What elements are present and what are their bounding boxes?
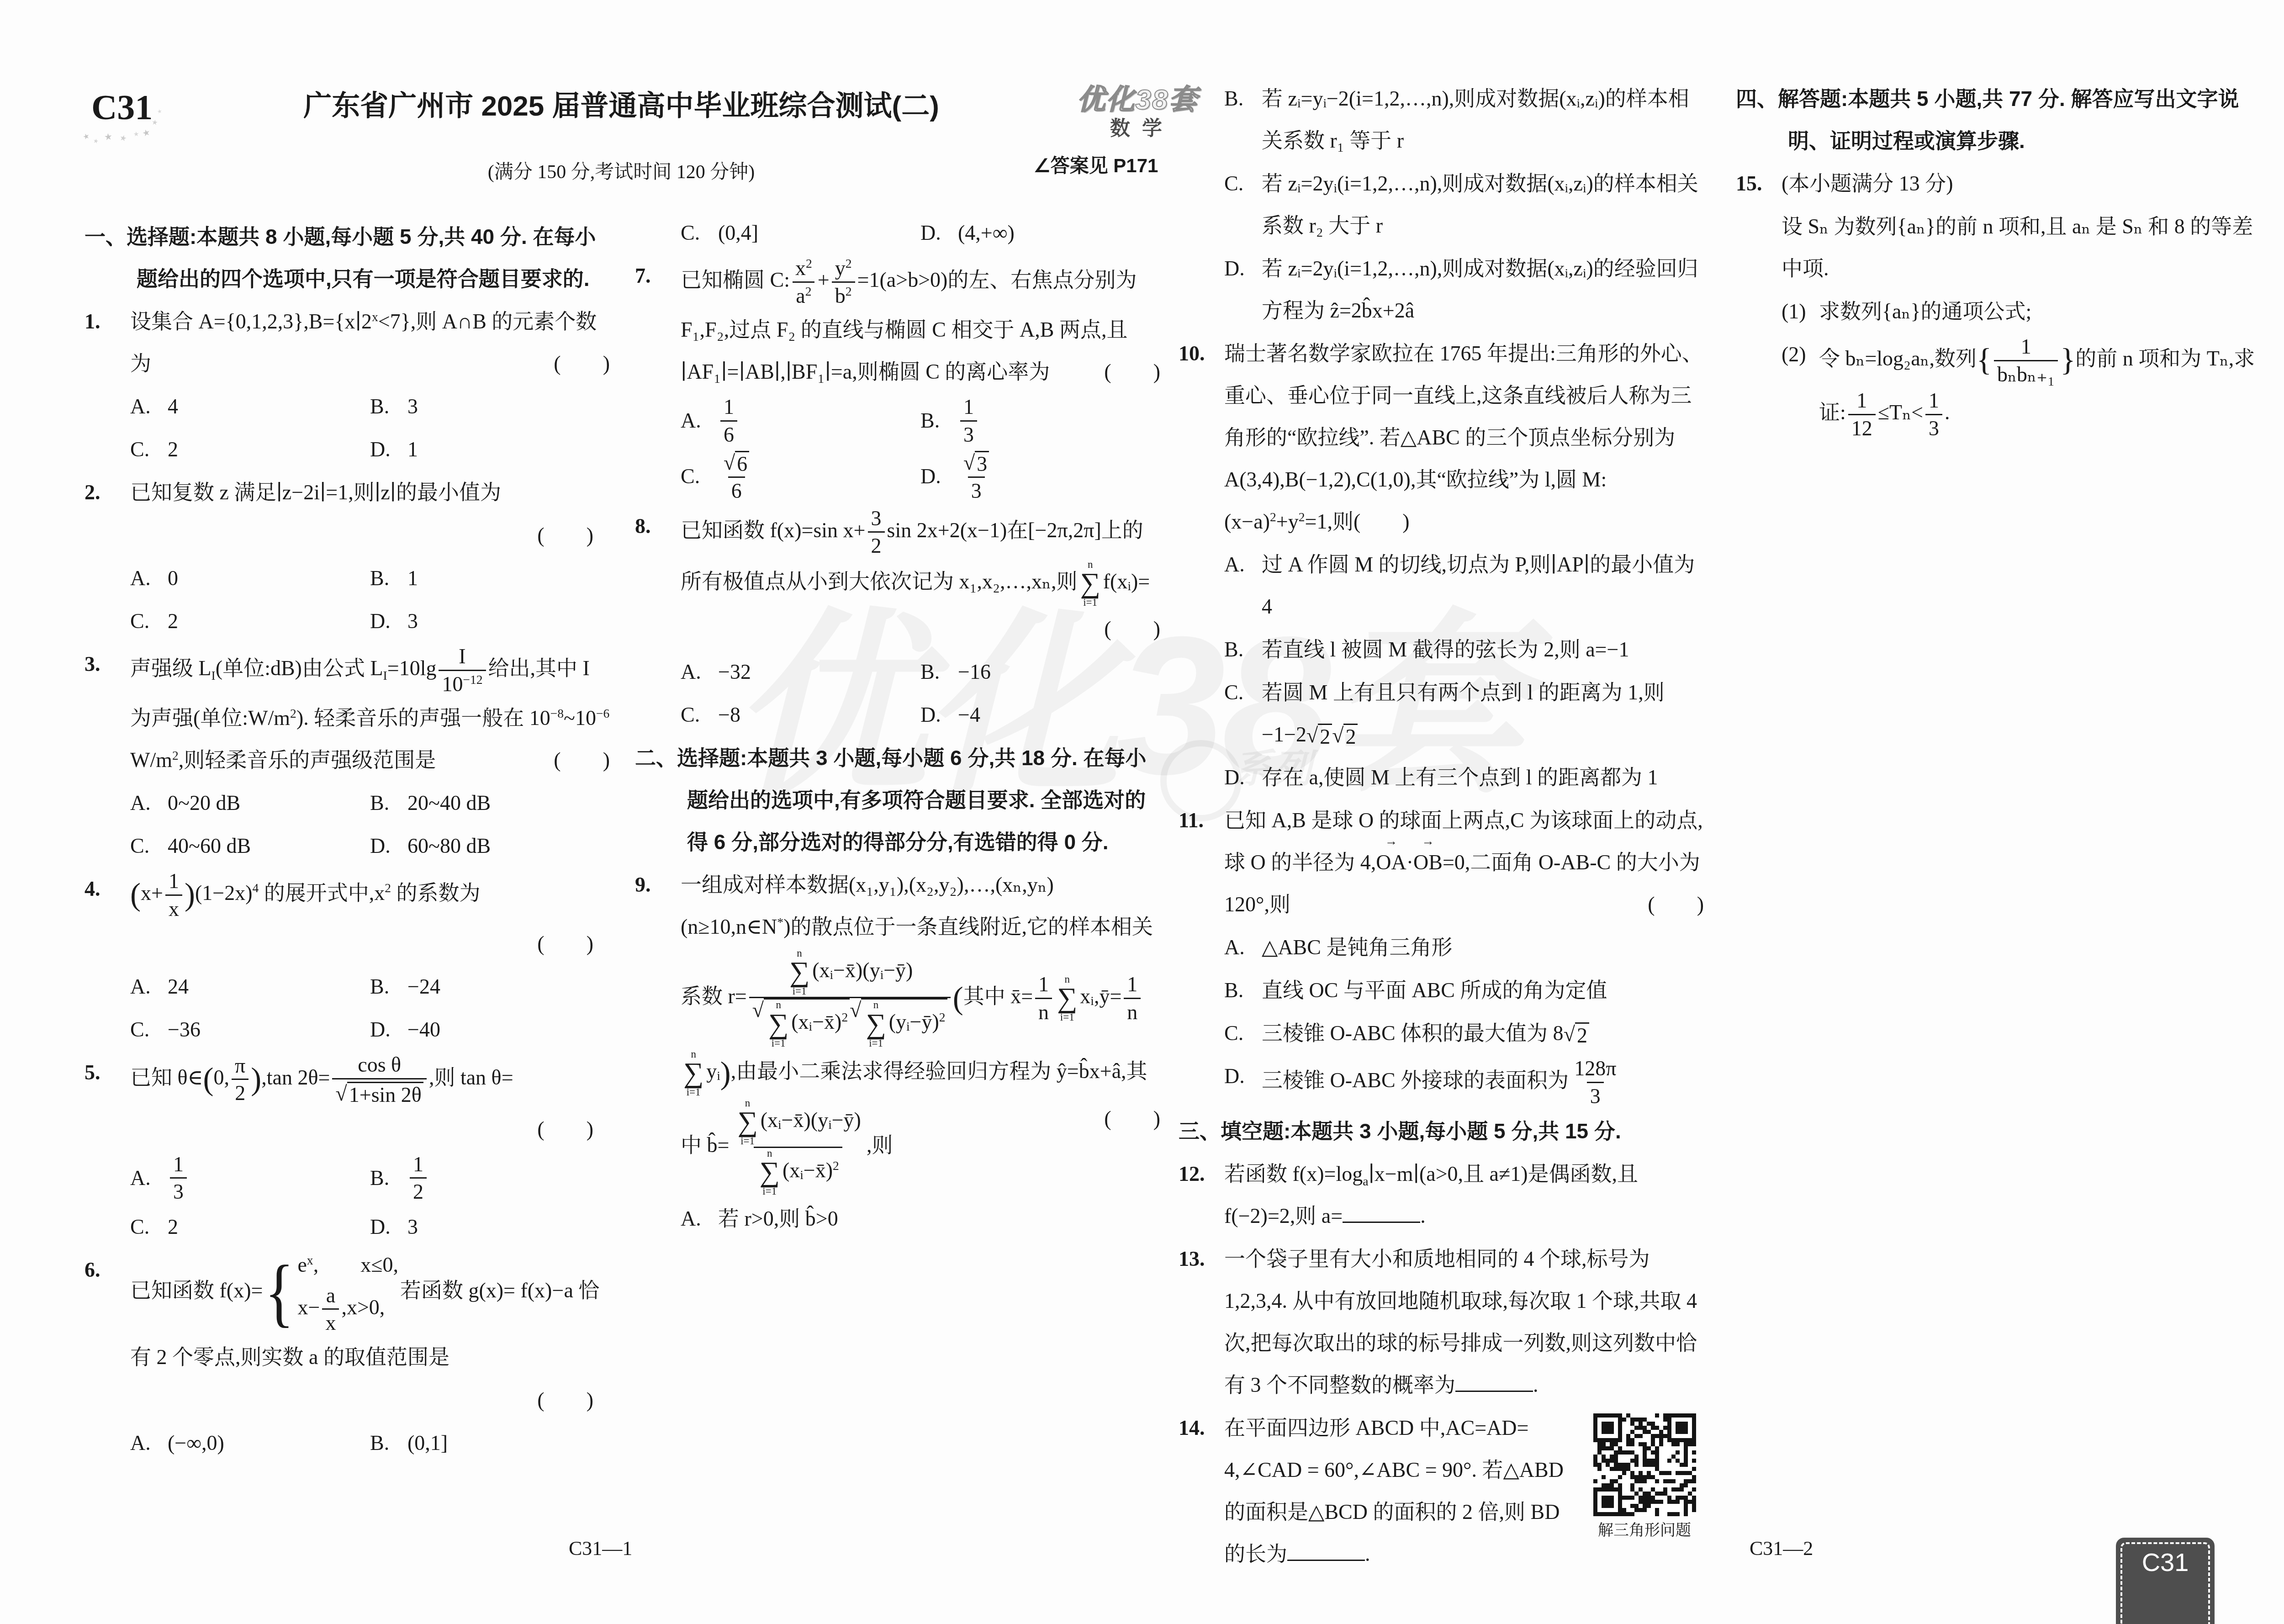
option-label: A. bbox=[130, 1157, 168, 1199]
option-label: A. bbox=[130, 966, 168, 1008]
option-label: D. bbox=[1224, 756, 1262, 799]
option-value: 0~20 dB bbox=[168, 782, 370, 824]
option-label: B. bbox=[370, 386, 407, 428]
option-item: D.1 bbox=[370, 428, 610, 471]
options-row: A.(−∞,0)B.(0,1] bbox=[130, 1422, 610, 1464]
option-label: D. bbox=[370, 600, 407, 642]
option-value: (−∞,0) bbox=[168, 1422, 370, 1464]
option-value: 3 bbox=[407, 1206, 610, 1248]
options-row: C.−36D.−40 bbox=[130, 1009, 610, 1051]
option-label: C. bbox=[681, 455, 718, 497]
answer-bracket: ( ) bbox=[85, 1108, 610, 1150]
option-item: D.三棱锥 O-ABC 外接球的表面积为128π3 bbox=[1224, 1055, 1704, 1109]
question-number: 3. bbox=[85, 643, 130, 781]
question-text: 一组成对样本数据(x₁,y₁),(x₂,y₂),…,(xₙ,yₙ)(n≥10,n… bbox=[681, 864, 1160, 1197]
option-label: D. bbox=[920, 212, 958, 254]
option-value: 3 bbox=[407, 600, 610, 642]
option-item: D.(4,+∞) bbox=[920, 212, 1160, 254]
question-number: 8. bbox=[635, 505, 681, 650]
option-value: 若直线 l 被圆 M 截得的弦长为 2,则 a=−1 bbox=[1262, 629, 1704, 671]
option-item: D.3 bbox=[370, 600, 610, 642]
option-value: 若 zᵢ=yᵢ−2(i=1,2,…,n),则成对数据(xᵢ,zᵢ)的样本相关系数… bbox=[1262, 78, 1704, 162]
option-item: C.2 bbox=[130, 600, 370, 642]
question-number: 11. bbox=[1179, 799, 1224, 926]
question-text: 设集合 A={0,1,2,3},B={x∣2x<7},则 A∩B 的元素个数为(… bbox=[130, 301, 610, 385]
option-label: C. bbox=[1224, 672, 1262, 714]
option-label: B. bbox=[920, 651, 958, 693]
option-item: C.2 bbox=[130, 1206, 370, 1248]
option-item: B.12 bbox=[370, 1151, 610, 1205]
question-number: 6. bbox=[85, 1249, 130, 1378]
question-text: 瑞士著名数学家欧拉在 1765 年提出:三角形的外心、重心、垂心位于同一直线上,… bbox=[1224, 333, 1704, 543]
options-row: A.16B.13 bbox=[681, 394, 1160, 448]
option-item: B.(0,1] bbox=[370, 1422, 610, 1464]
option-label: B. bbox=[1224, 969, 1262, 1011]
question-text: 已知 A,B 是球 O 的球面上两点,C 为该球面上的动点,球 O 的半径为 4… bbox=[1224, 799, 1704, 926]
question-number: 13. bbox=[1179, 1238, 1224, 1406]
option-value: 13 bbox=[168, 1151, 370, 1205]
option-label: B. bbox=[370, 1157, 407, 1199]
option-value: −32 bbox=[718, 651, 920, 693]
question-item: 6.已知函数 f(x)={ex, x≤0,x−ax,x>0,若函数 g(x)= … bbox=[85, 1249, 610, 1378]
question-text: 解三角形问题在平面四边形 ABCD 中,AC=AD= 4,∠CAD = 60°,… bbox=[1224, 1407, 1704, 1575]
option-label: C. bbox=[130, 600, 168, 642]
answer-reference-note: ∠答案见 P171 bbox=[1033, 154, 1158, 177]
option-value: 24 bbox=[168, 966, 370, 1008]
question-number: 12. bbox=[1179, 1153, 1224, 1237]
corner-tab-label: C31 bbox=[2116, 1550, 2215, 1575]
qr-block: 解三角形问题 bbox=[1585, 1413, 1704, 1541]
paragraph: 设 Sₙ 为数列{aₙ}的前 n 项和,且 aₙ 是 Sₙ 和 8 的等差中项. bbox=[1782, 206, 2261, 290]
option-item: D.3 bbox=[370, 1206, 610, 1248]
option-value: 60~80 dB bbox=[407, 825, 610, 867]
star-icon: ★ bbox=[133, 132, 140, 138]
star-icon: ★ bbox=[104, 132, 113, 142]
question-text: 一个袋子里有大小和质地相同的 4 个球,标号为 1,2,3,4. 从中有放回地随… bbox=[1224, 1238, 1704, 1406]
option-label: A. bbox=[130, 557, 168, 599]
question-text: 声强级 LI(单位:dB)由公式 LI=10lgI10−12给出,其中 I 为声… bbox=[130, 643, 610, 781]
option-label: B. bbox=[370, 557, 407, 599]
option-value: 若圆 M 上有且只有两个点到 l 的距离为 1,则−1−2√2√2 bbox=[1262, 672, 1704, 756]
option-label: A. bbox=[130, 1422, 168, 1464]
column-1: 一、选择题:本题共 8 小题,每小题 5 分,共 40 分. 在每小题给出的四个… bbox=[85, 215, 610, 1465]
paper-title: 广东省广州市 2025 届普通高中毕业班综合测试(二) bbox=[219, 90, 1023, 123]
option-value: 直线 OC 与平面 ABC 所成的角为定值 bbox=[1262, 969, 1704, 1011]
question-item: 7.已知椭圆 C:x2a2+y2b2=1(a>b>0)的左、右焦点分别为 F₁,… bbox=[635, 255, 1160, 393]
option-value: 过 A 作圆 M 的切线,切点为 P,则∣AP∣的最小值为 4 bbox=[1262, 544, 1704, 628]
option-label: D. bbox=[920, 694, 958, 736]
question-item: 1.设集合 A={0,1,2,3},B={x∣2x<7},则 A∩B 的元素个数… bbox=[85, 301, 610, 385]
question-text: 已知 θ∈(0,π2),tan 2θ=cos θ√1+sin 2θ,则 tan … bbox=[130, 1052, 610, 1107]
option-label: D. bbox=[1224, 1055, 1262, 1097]
paper-subtitle: (满分 150 分,考试时间 120 分钟) bbox=[219, 161, 1023, 184]
option-label: B. bbox=[920, 400, 958, 442]
option-item: D.若 zᵢ=2yᵢ(i=1,2,…,n),则成对数据(xᵢ,zᵢ)的经验回归方… bbox=[1224, 248, 1704, 332]
option-value: −24 bbox=[407, 966, 610, 1008]
qr-code bbox=[1593, 1413, 1696, 1516]
option-label: D. bbox=[370, 1009, 407, 1051]
star-icon: ★ bbox=[151, 119, 158, 127]
option-item: A.△ABC 是钝角三角形 bbox=[1224, 926, 1704, 968]
option-label: D. bbox=[370, 1206, 407, 1248]
option-label: D. bbox=[920, 455, 958, 497]
question-item: 14.解三角形问题在平面四边形 ABCD 中,AC=AD= 4,∠CAD = 6… bbox=[1179, 1407, 1704, 1575]
option-value: 20~40 dB bbox=[407, 782, 610, 824]
options-row: A.0B.1 bbox=[130, 557, 610, 599]
option-label: C. bbox=[1224, 1012, 1262, 1054]
option-item: C.2 bbox=[130, 428, 370, 471]
option-value: 三棱锥 O-ABC 体积的最大值为 8√2 bbox=[1262, 1012, 1704, 1054]
star-icon: ★ bbox=[82, 132, 91, 142]
question-number: 5. bbox=[85, 1052, 130, 1107]
question-number: 7. bbox=[635, 255, 681, 393]
sub-question-text: 求数列{aₙ}的通项公式; bbox=[1819, 291, 2261, 333]
option-item: C.−36 bbox=[130, 1009, 370, 1051]
option-value: 2 bbox=[168, 600, 370, 642]
question-number: 15. bbox=[1736, 163, 1782, 205]
option-label: C. bbox=[130, 825, 168, 867]
option-label: A. bbox=[130, 782, 168, 824]
options-row: A.24B.−24 bbox=[130, 966, 610, 1008]
options-list: A.过 A 作圆 M 的切线,切点为 P,则∣AP∣的最小值为 4B.若直线 l… bbox=[1224, 544, 1704, 799]
question-text: 已知函数 f(x)={ex, x≤0,x−ax,x>0,若函数 g(x)= f(… bbox=[130, 1249, 610, 1378]
option-item: C.三棱锥 O-ABC 体积的最大值为 8√2 bbox=[1224, 1012, 1704, 1054]
sub-question-label: (1) bbox=[1782, 291, 1819, 333]
question-number: 9. bbox=[635, 864, 681, 1197]
option-value: (4,+∞) bbox=[958, 212, 1160, 254]
option-value: 若 zᵢ=2yᵢ(i=1,2,…,n),则成对数据(xᵢ,zᵢ)的样本相关系数 … bbox=[1262, 163, 1704, 247]
option-item: C.−8 bbox=[681, 694, 920, 736]
answer-bracket: ( ) bbox=[85, 923, 610, 965]
options-row: C.40~60 dBD.60~80 dB bbox=[130, 825, 610, 867]
option-label: B. bbox=[370, 782, 407, 824]
options-row: C.(0,4]D.(4,+∞) bbox=[681, 212, 1160, 254]
question-text: (本小题满分 13 分) bbox=[1782, 163, 2261, 205]
option-value: 16 bbox=[718, 394, 920, 448]
option-item: A.0~20 dB bbox=[130, 782, 370, 824]
options-row: A.0~20 dBB.20~40 dB bbox=[130, 782, 610, 824]
star-icon: ★ bbox=[93, 138, 99, 144]
options-list: B.若 zᵢ=yᵢ−2(i=1,2,…,n),则成对数据(xᵢ,zᵢ)的样本相关… bbox=[1224, 78, 1704, 332]
option-label: C. bbox=[1224, 163, 1262, 205]
option-item: A.4 bbox=[130, 386, 370, 428]
option-value: 若 r>0,则 b̂>0 bbox=[718, 1198, 1160, 1240]
question-number: 2. bbox=[85, 471, 130, 513]
section-header: 四、解答题:本题共 5 小题,共 77 分. 解答应写出文字说明、证明过程或演算… bbox=[1736, 78, 2261, 162]
sub-question: (2)令 bₙ=log₂aₙ,数列{1bₙbₙ₊₁}的前 n 项和为 Tₙ,求证… bbox=[1782, 333, 2261, 441]
option-value: 1 bbox=[407, 557, 610, 599]
question-number: 4. bbox=[85, 868, 130, 922]
question-text: (x+1x)(1−2x)4 的展开式中,x2 的系数为 bbox=[130, 868, 610, 922]
corner-index-tab: C31 bbox=[2116, 1538, 2215, 1624]
option-value: −8 bbox=[718, 694, 920, 736]
option-label: C. bbox=[130, 1009, 168, 1051]
question-item: 8.已知函数 f(x)=sin x+32sin 2x+2(x−1)在[−2π,2… bbox=[635, 505, 1160, 650]
question-text: 已知复数 z 满足∣z−2i∣=1,则∣z∣的最小值为 bbox=[130, 471, 610, 513]
column-2: C.(0,4]D.(4,+∞)7.已知椭圆 C:x2a2+y2b2=1(a>b>… bbox=[635, 211, 1160, 1241]
option-item: B.13 bbox=[920, 394, 1160, 448]
option-label: D. bbox=[370, 428, 407, 471]
page-number-left: C31—1 bbox=[569, 1529, 632, 1569]
question-text: 已知椭圆 C:x2a2+y2b2=1(a>b>0)的左、右焦点分别为 F₁,F₂… bbox=[681, 255, 1160, 393]
option-value: √66 bbox=[718, 449, 920, 504]
option-item: A.若 r>0,则 b̂>0 bbox=[681, 1198, 1160, 1240]
sub-question-text: 令 bₙ=log₂aₙ,数列{1bₙbₙ₊₁}的前 n 项和为 Tₙ,求证:11… bbox=[1819, 333, 2261, 441]
option-label: C. bbox=[681, 212, 718, 254]
question-item: 2.已知复数 z 满足∣z−2i∣=1,则∣z∣的最小值为 bbox=[85, 471, 610, 513]
option-value: 存在 a,使圆 M 上有三个点到 l 的距离都为 1 bbox=[1262, 756, 1704, 799]
section-header: 一、选择题:本题共 8 小题,每小题 5 分,共 40 分. 在每小题给出的四个… bbox=[85, 216, 610, 300]
sub-question: (1)求数列{aₙ}的通项公式; bbox=[1782, 291, 2261, 333]
option-label: A. bbox=[130, 386, 168, 428]
option-value: 1 bbox=[407, 428, 610, 471]
option-value: 40~60 dB bbox=[168, 825, 370, 867]
options-list: A.△ABC 是钝角三角形B.直线 OC 与平面 ABC 所成的角为定值C.三棱… bbox=[1224, 926, 1704, 1109]
options-row: C.−8D.−4 bbox=[681, 694, 1160, 736]
option-item: C.若圆 M 上有且只有两个点到 l 的距离为 1,则−1−2√2√2 bbox=[1224, 672, 1704, 756]
question-item: 12.若函数 f(x)=loga∣x−m∣(a>0,且 a≠1)是偶函数,且 f… bbox=[1179, 1153, 1704, 1237]
options-row: A.4B.3 bbox=[130, 386, 610, 428]
option-item: A.24 bbox=[130, 966, 370, 1008]
option-item: A.−32 bbox=[681, 651, 920, 693]
question-item: 4.(x+1x)(1−2x)4 的展开式中,x2 的系数为 bbox=[85, 868, 610, 922]
option-label: D. bbox=[1224, 248, 1262, 290]
option-value: √33 bbox=[958, 449, 1160, 504]
column-3: B.若 zᵢ=yᵢ−2(i=1,2,…,n),则成对数据(xᵢ,zᵢ)的样本相关… bbox=[1179, 77, 1704, 1576]
question-item: 11.已知 A,B 是球 O 的球面上两点,C 为该球面上的动点,球 O 的半径… bbox=[1179, 799, 1704, 926]
question-text: 已知函数 f(x)=sin x+32sin 2x+2(x−1)在[−2π,2π]… bbox=[681, 505, 1160, 650]
options-row: A.13B.12 bbox=[130, 1151, 610, 1205]
column-4: 四、解答题:本题共 5 小题,共 77 分. 解答应写出文字说明、证明过程或演算… bbox=[1736, 77, 2261, 442]
option-value: 12 bbox=[407, 1151, 610, 1205]
option-label: B. bbox=[1224, 629, 1262, 671]
option-item: D.存在 a,使圆 M 上有三个点到 l 的距离都为 1 bbox=[1224, 756, 1704, 799]
option-item: D.−4 bbox=[920, 694, 1160, 736]
option-label: A. bbox=[1224, 544, 1262, 586]
option-item: B.若 zᵢ=yᵢ−2(i=1,2,…,n),则成对数据(xᵢ,zᵢ)的样本相关… bbox=[1224, 78, 1704, 162]
option-item: B.20~40 dB bbox=[370, 782, 610, 824]
section-header: 三、填空题:本题共 3 小题,每小题 5 分,共 15 分. bbox=[1179, 1110, 1704, 1152]
options-row: A.−32B.−16 bbox=[681, 651, 1160, 693]
option-value: 0 bbox=[168, 557, 370, 599]
option-value: −16 bbox=[958, 651, 1160, 693]
option-value: 若 zᵢ=2yᵢ(i=1,2,…,n),则成对数据(xᵢ,zᵢ)的经验回归方程为… bbox=[1262, 248, 1704, 332]
option-value: (0,4] bbox=[718, 212, 920, 254]
option-value: −4 bbox=[958, 694, 1160, 736]
option-label: C. bbox=[130, 428, 168, 471]
option-label: A. bbox=[1224, 926, 1262, 968]
option-item: D.√33 bbox=[920, 449, 1160, 504]
question-item: 3.声强级 LI(单位:dB)由公式 LI=10lgI10−12给出,其中 I … bbox=[85, 643, 610, 781]
option-value: −36 bbox=[168, 1009, 370, 1051]
option-label: C. bbox=[130, 1206, 168, 1248]
option-item: B.1 bbox=[370, 557, 610, 599]
question-number: 10. bbox=[1179, 333, 1224, 543]
option-item: B.若直线 l 被圆 M 截得的弦长为 2,则 a=−1 bbox=[1224, 629, 1704, 671]
answer-bracket: ( ) bbox=[85, 514, 610, 556]
option-item: B.直线 OC 与平面 ABC 所成的角为定值 bbox=[1224, 969, 1704, 1011]
star-icon: ★ bbox=[157, 108, 163, 115]
option-label: B. bbox=[370, 966, 407, 1008]
question-item: 10.瑞士著名数学家欧拉在 1765 年提出:三角形的外心、重心、垂心位于同一直… bbox=[1179, 333, 1704, 543]
option-value: 13 bbox=[958, 394, 1160, 448]
star-icon: ★ bbox=[142, 128, 152, 138]
section-header: 二、选择题:本题共 3 小题,每小题 6 分,共 18 分. 在每小题给出的选项… bbox=[635, 737, 1160, 863]
option-item: A.0 bbox=[130, 557, 370, 599]
option-item: B.3 bbox=[370, 386, 610, 428]
question-item: 13.一个袋子里有大小和质地相同的 4 个球,标号为 1,2,3,4. 从中有放… bbox=[1179, 1238, 1704, 1406]
option-item: C.若 zᵢ=2yᵢ(i=1,2,…,n),则成对数据(xᵢ,zᵢ)的样本相关系… bbox=[1224, 163, 1704, 247]
question-text: 若函数 f(x)=loga∣x−m∣(a>0,且 a≠1)是偶函数,且 f(−2… bbox=[1224, 1153, 1704, 1237]
option-value: 2 bbox=[168, 1206, 370, 1248]
option-item: A.16 bbox=[681, 394, 920, 448]
question-item: 15.(本小题满分 13 分) bbox=[1736, 163, 2261, 205]
sub-question-label: (2) bbox=[1782, 333, 1819, 376]
option-item: B.−24 bbox=[370, 966, 610, 1008]
paper-code-stamp: C31 bbox=[91, 90, 153, 125]
option-item: C.(0,4] bbox=[681, 212, 920, 254]
question-item: 9.一组成对样本数据(x₁,y₁),(x₂,y₂),…,(xₙ,yₙ)(n≥10… bbox=[635, 864, 1160, 1197]
option-item: A.(−∞,0) bbox=[130, 1422, 370, 1464]
options-list: A.若 r>0,则 b̂>0 bbox=[681, 1198, 1160, 1240]
star-icon: ★ bbox=[119, 133, 127, 143]
option-label: C. bbox=[681, 694, 718, 736]
option-value: −40 bbox=[407, 1009, 610, 1051]
option-item: D.−40 bbox=[370, 1009, 610, 1051]
options-row: C.2D.3 bbox=[130, 1206, 610, 1248]
option-value: 三棱锥 O-ABC 外接球的表面积为128π3 bbox=[1262, 1055, 1704, 1109]
options-row: C.2D.1 bbox=[130, 428, 610, 471]
option-label: A. bbox=[681, 1198, 718, 1240]
option-label: A. bbox=[681, 400, 718, 442]
option-item: D.60~80 dB bbox=[370, 825, 610, 867]
exam-paper-page: C31 ★ ★ ★ ★ ★ ★ ★ ★ 广东省广州市 2025 届普通高中毕业班… bbox=[0, 0, 2284, 1624]
option-item: C.√66 bbox=[681, 449, 920, 504]
option-label: D. bbox=[370, 825, 407, 867]
options-row: C.2D.3 bbox=[130, 600, 610, 642]
option-value: 3 bbox=[407, 386, 610, 428]
option-value: 4 bbox=[168, 386, 370, 428]
option-item: C.40~60 dB bbox=[130, 825, 370, 867]
option-item: B.−16 bbox=[920, 651, 1160, 693]
option-value: △ABC 是钝角三角形 bbox=[1262, 926, 1704, 968]
option-label: B. bbox=[370, 1422, 407, 1464]
option-item: A.过 A 作圆 M 的切线,切点为 P,则∣AP∣的最小值为 4 bbox=[1224, 544, 1704, 628]
option-value: (0,1] bbox=[407, 1422, 610, 1464]
question-item: 5.已知 θ∈(0,π2),tan 2θ=cos θ√1+sin 2θ,则 ta… bbox=[85, 1052, 610, 1107]
answer-bracket: ( ) bbox=[85, 1379, 610, 1421]
question-number: 14. bbox=[1179, 1407, 1224, 1575]
option-item: A.13 bbox=[130, 1151, 370, 1205]
question-number: 1. bbox=[85, 301, 130, 385]
qr-caption: 解三角形问题 bbox=[1585, 1521, 1704, 1541]
options-row: C.√66D.√33 bbox=[681, 449, 1160, 504]
option-label: A. bbox=[681, 651, 718, 693]
page-number-right: C31—2 bbox=[1750, 1529, 1813, 1569]
option-value: 2 bbox=[168, 428, 370, 471]
option-label: B. bbox=[1224, 78, 1262, 120]
